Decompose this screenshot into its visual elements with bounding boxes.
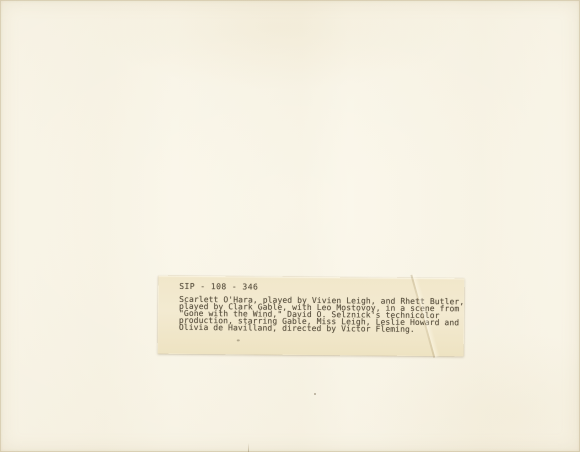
photo-back-paper: SIP - 108 - 346 Scarlett O'Hara, played …	[0, 0, 580, 452]
ink-smudge	[237, 339, 240, 341]
caption-label: SIP - 108 - 346 Scarlett O'Hara, played …	[158, 276, 465, 357]
paper-speck	[314, 393, 316, 395]
bottom-edge-nick	[248, 443, 249, 452]
